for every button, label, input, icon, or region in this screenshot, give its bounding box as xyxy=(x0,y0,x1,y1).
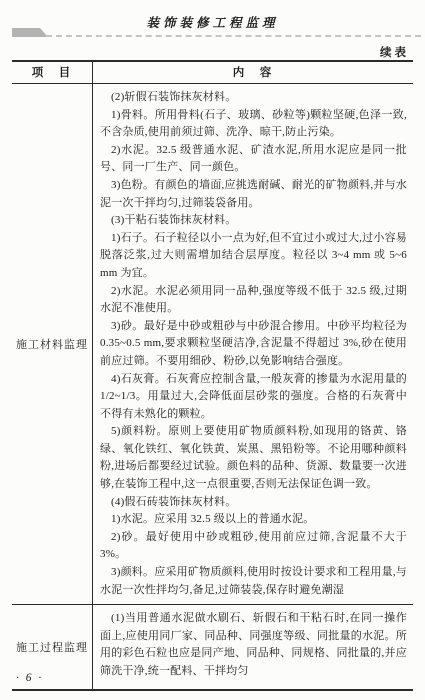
content-paragraph: 3)颜料。应采用矿物质颜料,使用时按设计要求和工程用量,与水泥一次性拌均匀,备足… xyxy=(100,564,407,599)
row-content-process-supervision: (1)当用普通水泥做水刷石、斩假石和干粘石时,在同一操作面上,应使用同厂家、同品… xyxy=(93,605,413,689)
table-header-content: 内 容 xyxy=(93,62,413,84)
content-paragraph: 1)骨料。所用骨料(石子、玻璃、砂粒等)颗粒坚硬,色泽一致,不含杂质,使用前须过… xyxy=(100,107,407,142)
content-paragraph: 1)石子。石子粒径以小一点为好,但不宜过小或过大,过小容易脱落泛浆,过大则需增加… xyxy=(100,230,407,283)
content-paragraph: (2)斩假石装饰抹灰材料。 xyxy=(100,89,407,107)
header-ornament-parallelogram xyxy=(12,28,48,37)
row-label-materials-supervision: 施工材料监理 xyxy=(12,84,93,605)
content-paragraph: 2)砂。最好使用中砂或粗砂,使用前应过筛,含泥量不大于 3%。 xyxy=(100,529,407,564)
content-paragraph: 4)石灰膏。石灰膏应控制含量,一般灰膏的掺量为水泥用量的1/2~1/3。用量过大… xyxy=(100,371,407,424)
continued-table-label: 续表 xyxy=(380,44,409,60)
process-paragraphs: (1)当用普通水泥做水刷石、斩假石和干粘石时,在同一操作面上,应使用同厂家、同品… xyxy=(93,605,413,689)
content-paragraph: (4)假石砖装饰抹灰材料。 xyxy=(100,494,407,512)
content-paragraph: 2)水泥。32.5 级普通水泥、矿渣水泥,所用水泥应是同一批号、同一厂生产、同一… xyxy=(100,142,407,177)
content-paragraph: 5)颜料粉。原则上要使用矿物质颜料粉,如现用的铬黄、铬绿、氧化铁红、氧化铁黄、炭… xyxy=(100,423,407,493)
row-content-materials-supervision: (2)斩假石装饰抹灰材料。 1)骨料。所用骨料(石子、玻璃、砂粒等)颗粒坚硬,色… xyxy=(93,84,413,605)
content-paragraph: 2)水泥。水泥必须用同一品种,强度等级不低于 32.5 级,过期水泥不准使用。 xyxy=(100,283,407,318)
book-page: 装饰装修工程监理 续表 项 目 内 容 施工材料监理 (2)斩假石装饰抹灰材料。… xyxy=(0,0,425,700)
content-paragraph: 3)色粉。有颜色的墙面,应挑选耐碱、耐光的矿物颜料,并与水泥一次干拌均匀,过筛装… xyxy=(100,177,407,212)
content-paragraph: 3)砂。最好是中砂或粗砂与中砂混合掺用。中砂平均粒径为0.35~0.5 mm,要… xyxy=(100,318,407,371)
content-paragraph: 1)水泥。应采用 32.5 级以上的普通水泥。 xyxy=(100,511,407,529)
content-table: 项 目 内 容 施工材料监理 (2)斩假石装饰抹灰材料。 1)骨料。所用骨料(石… xyxy=(12,60,413,691)
header-rule xyxy=(12,28,421,40)
content-paragraph: (1)当用普通水泥做水刷石、斩假石和干粘石时,在同一操作面上,应使用同厂家、同品… xyxy=(100,610,407,680)
content-paragraph: (3)干粘石装饰抹灰材料。 xyxy=(100,212,407,230)
header-dashed-line xyxy=(46,35,421,37)
table-header-item: 项 目 xyxy=(12,62,93,84)
page-number: · 6 · xyxy=(16,672,43,684)
materials-paragraphs: (2)斩假石装饰抹灰材料。 1)骨料。所用骨料(石子、玻璃、砂粒等)颗粒坚硬,色… xyxy=(93,84,413,604)
